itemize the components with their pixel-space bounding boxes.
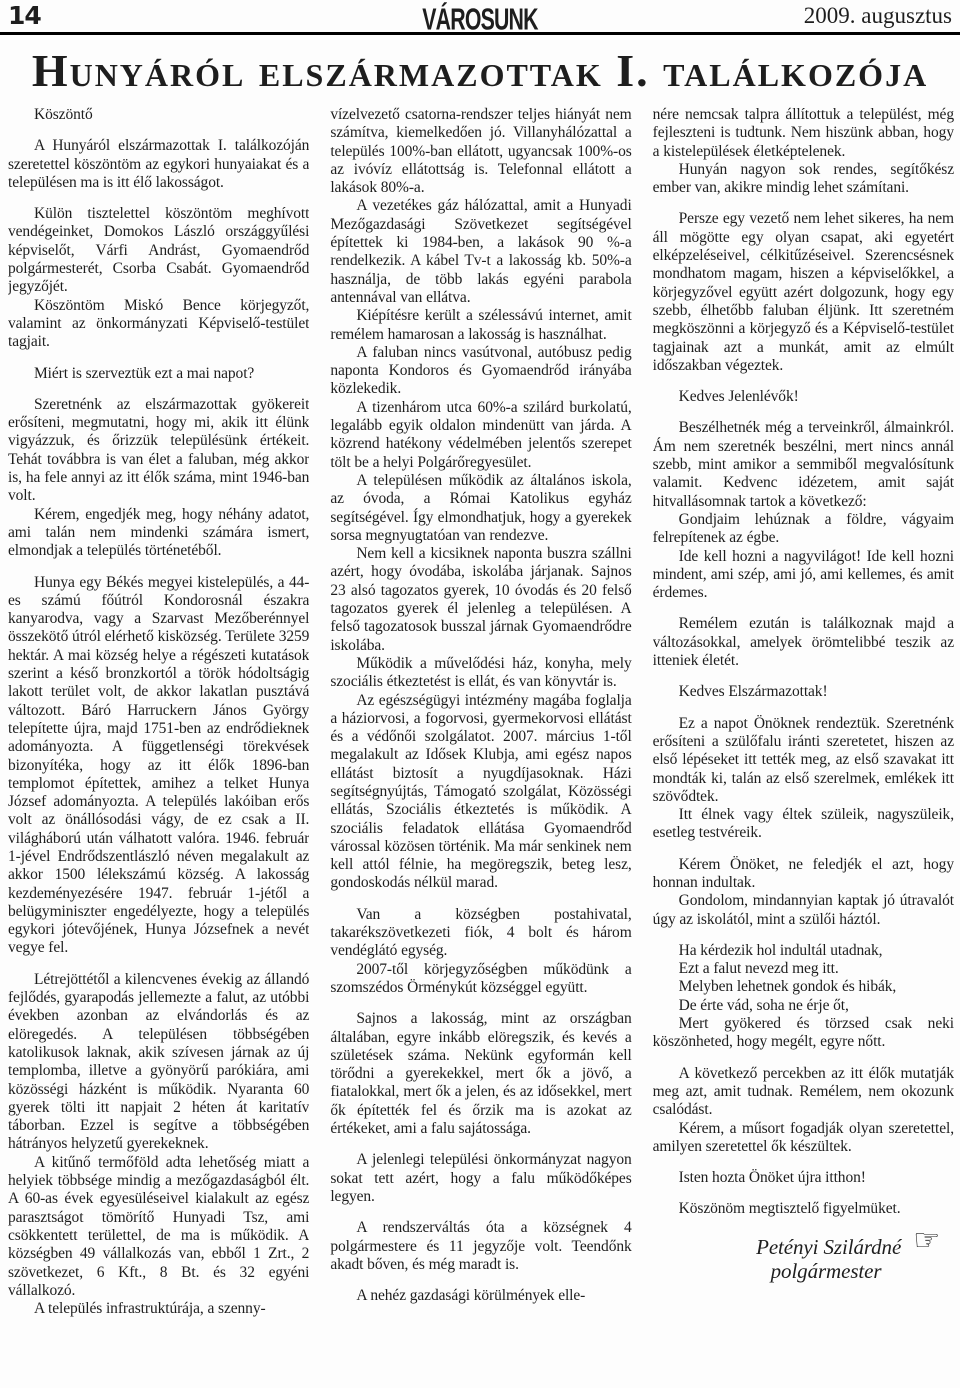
- paragraph: A jelenlegi települési önkormányzat nagy…: [330, 1151, 631, 1206]
- paragraph: Ez a napot Önöknek rendeztük. Szeretnénk…: [653, 715, 954, 806]
- poem-line: Ha kérdezik hol indultál utadnak,: [653, 942, 954, 960]
- page-header: 14 VÁROSUNK 2009. augusztus: [0, 0, 960, 35]
- manicule-right-icon: ☞: [913, 1229, 940, 1253]
- poem-line: Ezt a falut nevezd meg itt.: [653, 960, 954, 978]
- masthead-title: VÁROSUNK: [86, 1, 873, 38]
- paragraph: Működik a művelődési ház, konyha, mely s…: [330, 655, 631, 692]
- paragraph: A településen működik az általános iskol…: [330, 472, 631, 545]
- signature-row: Petényi Szilárdné☞: [756, 1235, 940, 1259]
- paragraph: Miért is szerveztük ezt a mai napot?: [8, 365, 309, 383]
- paragraph: Köszönöm megtisztelő figyelmüket.: [653, 1200, 954, 1218]
- paragraph: Sajnos a lakosság, mint az országban ált…: [330, 1010, 631, 1138]
- paragraph: Hunya egy Békés megyei kistelepülés, a 4…: [8, 574, 309, 958]
- paragraph: Hunyán nagyon sok rendes, segítőkész emb…: [653, 161, 954, 198]
- column-3: nére nemcsak talpra állítottuk a települ…: [653, 106, 954, 1369]
- paragraph: 2007-től körjegyzőségben működünk a szom…: [330, 961, 631, 998]
- paragraph: A vezetékes gáz hálózattal, amit a Hunya…: [330, 197, 631, 307]
- paragraph: Kiépítésre került a szélessávú internet,…: [330, 307, 631, 344]
- paragraph: A következő percekben az itt élők mutatj…: [653, 1065, 954, 1120]
- paragraph: Az egészségügyi intézmény magába foglalj…: [330, 692, 631, 893]
- poem-line: Mert gyökered és törzsed csak neki köszö…: [653, 1015, 954, 1052]
- paragraph: Persze egy vezető nem lehet sikeres, ha …: [653, 210, 954, 375]
- paragraph: A faluban nincs vasútvonal, autóbusz ped…: [330, 344, 631, 399]
- paragraph: Kérem, a műsort fogadják olyan szeretett…: [653, 1120, 954, 1157]
- section-heading: Köszöntő: [8, 106, 309, 124]
- column-2: vízelvezető csatorna-rendszer teljes hiá…: [330, 106, 631, 1369]
- poem-line: De érte vád, soha ne érje őt,: [653, 997, 954, 1015]
- article-headline: Hunyáról elszármazottak I. találkozója: [0, 35, 960, 104]
- paragraph: A nehéz gazdasági körülmények elle-: [330, 1287, 631, 1305]
- paragraph: Gondjaim lehúznak a földre, vágyaim felr…: [653, 511, 954, 548]
- paragraph: Köszöntöm Miskó Bence körjegyzőt, valami…: [8, 297, 309, 352]
- paragraph: A rendszerváltás óta a községnek 4 polgá…: [330, 1219, 631, 1274]
- paragraph: Kérem Önöket, ne feledjék el azt, hogy h…: [653, 856, 954, 893]
- paragraph: A település infrastruktúrája, a szenny-: [8, 1300, 309, 1318]
- salutation: Kedves Jelenlévők!: [653, 388, 954, 406]
- paragraph: Létrejöttétől a kilencvenes évekig az ál…: [8, 971, 309, 1154]
- paragraph: vízelvezető csatorna-rendszer teljes hiá…: [330, 106, 631, 197]
- signature-name: Petényi Szilárdné: [756, 1235, 901, 1259]
- page-number: 14: [8, 1, 41, 30]
- paragraph: Van a községben postahivatal, takarékszö…: [330, 906, 631, 961]
- paragraph: Nem kell a kicsiknek naponta buszra szál…: [330, 545, 631, 655]
- paragraph: Beszélhetnék még a terveinkről, álmainkr…: [653, 419, 954, 510]
- paragraph: Gondolom, mindannyian kaptak jó útravaló…: [653, 892, 954, 929]
- paragraph: nére nemcsak talpra állítottuk a települ…: [653, 106, 954, 161]
- column-1: KöszöntőA Hunyáról elszármazottak I. tal…: [8, 106, 309, 1369]
- paragraph: A tizenhárom utca 60%-a szilárd burkolat…: [330, 399, 631, 472]
- paragraph: Remélem ezután is találkoznak majd a vál…: [653, 615, 954, 670]
- newspaper-page: { "page": { "number": "14", "masthead": …: [0, 0, 960, 1388]
- paragraph: Szeretnénk az elszármazottak gyökereit e…: [8, 396, 309, 506]
- signature-block: Petényi Szilárdné☞polgármester: [756, 1235, 940, 1283]
- paragraph: Isten hozta Önöket újra itthon!: [653, 1169, 954, 1187]
- paragraph: Ide kell hozni a nagyvilágot! Ide kell h…: [653, 548, 954, 603]
- issue-date: 2009. augusztus: [804, 3, 952, 29]
- paragraph: A kitűnő termőföld adta lehetőség miatt …: [8, 1154, 309, 1300]
- paragraph: Kérem, engedjék meg, hogy néhány adatot,…: [8, 506, 309, 561]
- poem-line: Melyben lehetnek gondok és hibák,: [653, 978, 954, 996]
- paragraph: A Hunyáról elszármazottak I. találkozójá…: [8, 137, 309, 192]
- signature-role: polgármester: [756, 1259, 940, 1283]
- article-columns: KöszöntőA Hunyáról elszármazottak I. tal…: [0, 104, 960, 1369]
- salutation: Kedves Elszármazottak!: [653, 683, 954, 701]
- paragraph: Itt élnek vagy éltek szüleik, nagyszülei…: [653, 806, 954, 843]
- paragraph: Külön tisztelettel köszöntöm meghívott v…: [8, 205, 309, 296]
